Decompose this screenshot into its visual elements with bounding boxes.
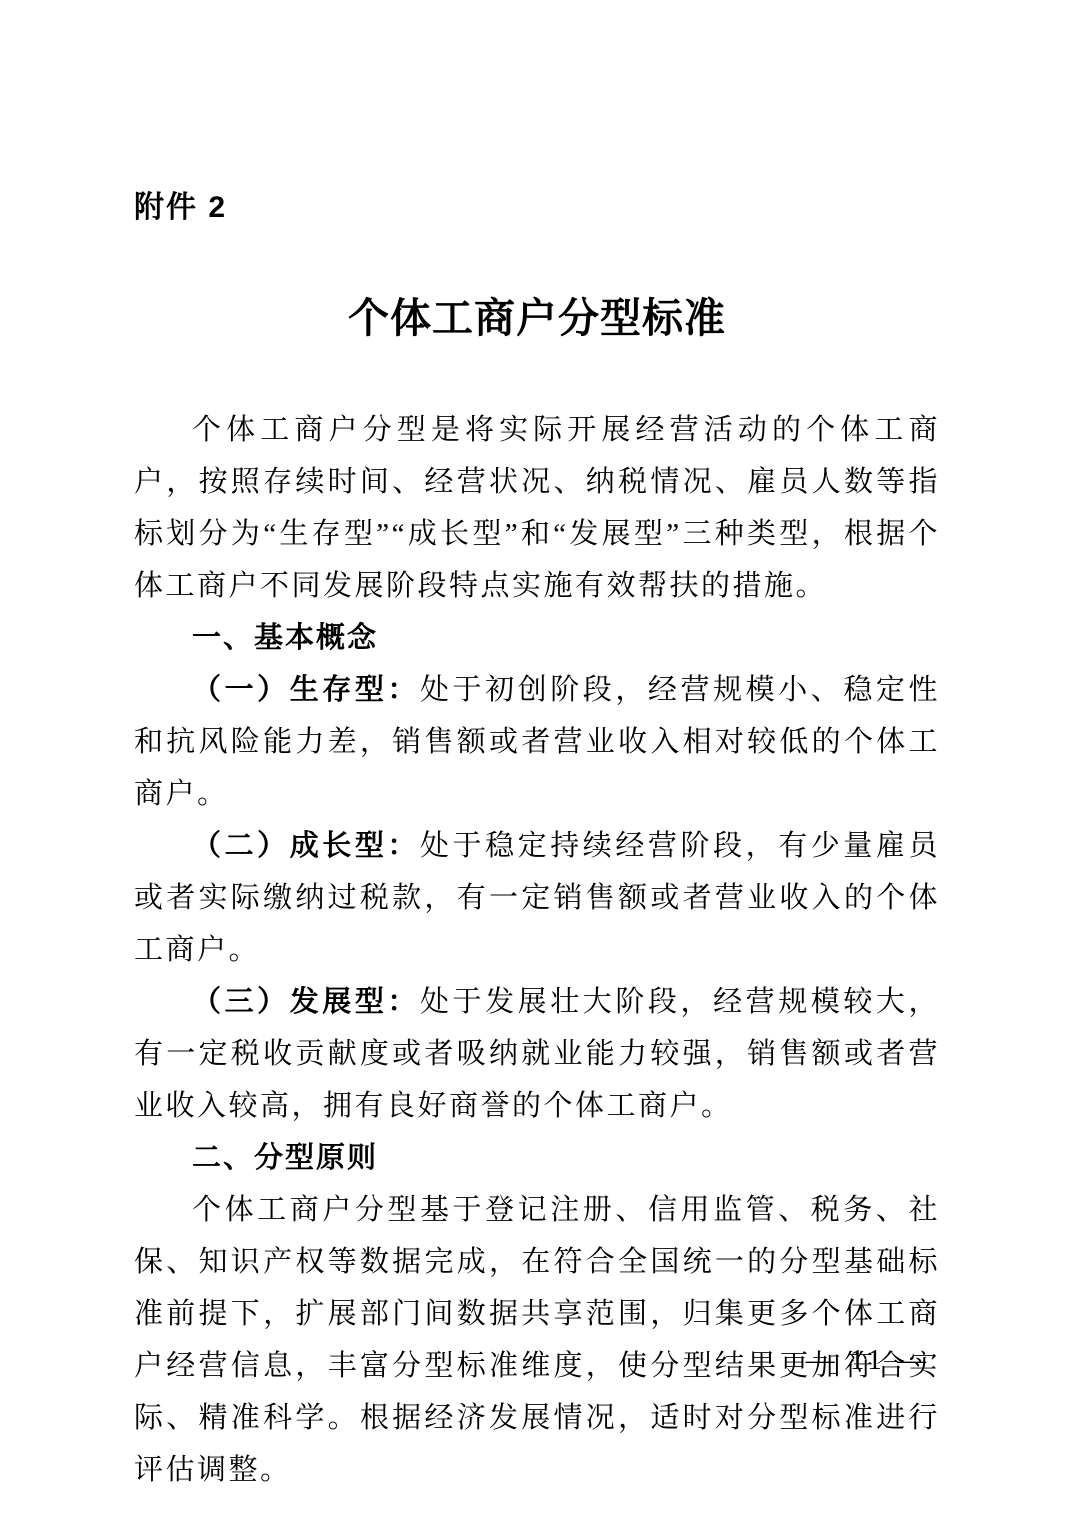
attachment-label: 附件 2	[134, 186, 940, 230]
definition-lead-growth: （二）成长型：	[192, 830, 420, 862]
document-content: 附件 2 个体工商户分型标准 个体工商户分型是将实际开展经营活动的个体工商户，按…	[134, 0, 940, 1496]
definition-paragraph-survival: （一）生存型：处于初创阶段，经营规模小、稳定性和抗风险能力差，销售额或者营业收入…	[134, 664, 940, 820]
definition-paragraph-growth: （二）成长型：处于稳定持续经营阶段，有少量雇员或者实际缴纳过税款，有一定销售额或…	[134, 820, 940, 976]
document-page: 附件 2 个体工商户分型标准 个体工商户分型是将实际开展经营活动的个体工商户，按…	[0, 0, 1074, 1520]
definition-lead-development: （三）发展型：	[192, 986, 420, 1018]
intro-paragraph: 个体工商户分型是将实际开展经营活动的个体工商户，按照存续时间、经营状况、纳税情况…	[134, 404, 940, 612]
definition-lead-survival: （一）生存型：	[192, 674, 420, 706]
page-number: — 11 —	[806, 1338, 930, 1382]
section-heading-classification-principles: 二、分型原则	[134, 1132, 940, 1184]
definition-paragraph-development: （三）发展型：处于发展壮大阶段，经营规模较大，有一定税收贡献度或者吸纳就业能力较…	[134, 976, 940, 1132]
page-title: 个体工商户分型标准	[134, 292, 940, 344]
section-heading-basic-concepts: 一、基本概念	[134, 612, 940, 664]
